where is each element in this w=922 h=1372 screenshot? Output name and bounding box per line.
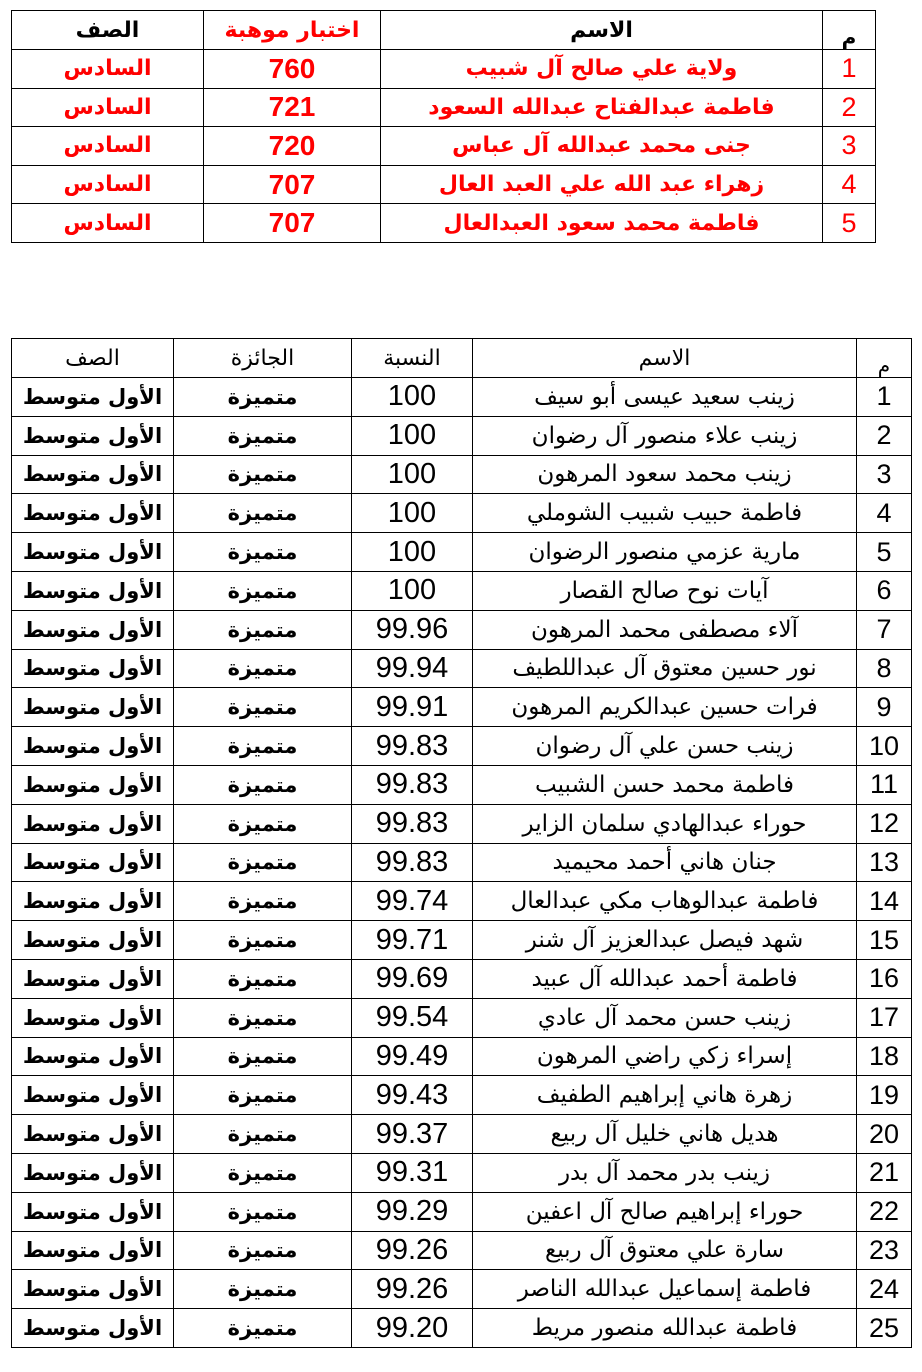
row-name: زينب علاء منصور آل رضوان [473,416,857,455]
header-index: م [857,339,912,378]
row-grade: الأول متوسط [12,1270,174,1309]
header-name: الاسم [473,339,857,378]
row-award: متميزة [174,533,352,572]
row-percent: 99.69 [352,959,473,998]
row-award: متميزة [174,959,352,998]
table-row: 3زينب محمد سعود المرهون100متميزةالأول مت… [12,455,912,494]
row-grade: الأول متوسط [12,494,174,533]
row-award: متميزة [174,416,352,455]
table-row: 2زينب علاء منصور آل رضوان100متميزةالأول … [12,416,912,455]
row-score: 707 [204,204,381,243]
row-grade: الأول متوسط [12,688,174,727]
row-name: فرات حسين عبدالكريم المرهون [473,688,857,727]
row-name: زينب حسن محمد آل عادي [473,998,857,1037]
row-award: متميزة [174,727,352,766]
row-index: 8 [857,649,912,688]
table-row: 5مارية عزمي منصور الرضوان100متميزةالأول … [12,533,912,572]
row-grade: الأول متوسط [12,765,174,804]
table-row: 4فاطمة حبيب شبيب الشوملي100متميزةالأول م… [12,494,912,533]
table-row: 22حوراء إبراهيم صالح آل اعفين99.29متميزة… [12,1192,912,1231]
row-index: 23 [857,1231,912,1270]
row-percent: 100 [352,533,473,572]
header-name: الاسم [381,11,823,50]
table-row: 10زينب حسن علي آل رضوان99.83متميزةالأول … [12,727,912,766]
row-grade: السادس [12,165,204,204]
row-name: فاطمة محمد سعود العبدالعال [381,204,823,243]
row-grade: السادس [12,50,204,89]
row-name: فاطمة عبدالله منصور مريط [473,1309,857,1348]
row-award: متميزة [174,882,352,921]
table-row: 20هديل هاني خليل آل ربيع99.37متميزةالأول… [12,1115,912,1154]
row-name: نور حسين معتوق آل عبداللطيف [473,649,857,688]
row-grade: السادس [12,204,204,243]
header-grade: الصف [12,339,174,378]
table-row: 24فاطمة إسماعيل عبدالله الناصر99.26متميز… [12,1270,912,1309]
row-index: 21 [857,1153,912,1192]
row-percent: 99.31 [352,1153,473,1192]
row-index: 14 [857,882,912,921]
row-name: زهراء عبد الله علي العبد العال [381,165,823,204]
row-grade: الأول متوسط [12,804,174,843]
table-row: 11فاطمة محمد حسن الشبيب99.83متميزةالأول … [12,765,912,804]
row-grade: الأول متوسط [12,1192,174,1231]
table-row: 1 ولاية علي صالح آل شبيب 760 السادس [12,50,876,89]
row-award: متميزة [174,1231,352,1270]
row-grade: الأول متوسط [12,727,174,766]
row-index: 1 [857,378,912,417]
row-award: متميزة [174,998,352,1037]
row-name: زينب بدر محمد آل بدر [473,1153,857,1192]
row-percent: 100 [352,571,473,610]
row-index: 1 [823,50,876,89]
row-percent: 100 [352,416,473,455]
honor-roll-table: م الاسم النسبة الجائزة الصف 1زينب سعيد ع… [11,338,912,1348]
row-index: 4 [823,165,876,204]
row-percent: 99.83 [352,765,473,804]
row-name: حوراء إبراهيم صالح آل اعفين [473,1192,857,1231]
row-index: 12 [857,804,912,843]
row-percent: 99.26 [352,1231,473,1270]
row-index: 3 [857,455,912,494]
row-award: متميزة [174,571,352,610]
row-award: متميزة [174,1192,352,1231]
row-index: 15 [857,921,912,960]
row-award: متميزة [174,1037,352,1076]
row-name: شهد فيصل عبدالعزيز آل شنر [473,921,857,960]
row-name: فاطمة أحمد عبدالله آل عبيد [473,959,857,998]
row-grade: الأول متوسط [12,921,174,960]
row-award: متميزة [174,378,352,417]
row-index: 18 [857,1037,912,1076]
row-percent: 99.49 [352,1037,473,1076]
row-percent: 99.37 [352,1115,473,1154]
honor-table-body: 1زينب سعيد عيسى أبو سيف100متميزةالأول مت… [12,378,912,1348]
row-score: 721 [204,88,381,127]
header-percent: النسبة [352,339,473,378]
row-index: 24 [857,1270,912,1309]
row-grade: السادس [12,88,204,127]
row-name: إسراء زكي راضي المرهون [473,1037,857,1076]
row-index: 16 [857,959,912,998]
table-header-row: م الاسم اختبار موهبة الصف [12,11,876,50]
row-percent: 100 [352,455,473,494]
row-grade: الأول متوسط [12,455,174,494]
row-award: متميزة [174,455,352,494]
row-score: 720 [204,127,381,166]
row-grade: الأول متوسط [12,533,174,572]
row-grade: الأول متوسط [12,416,174,455]
row-percent: 99.91 [352,688,473,727]
row-index: 2 [823,88,876,127]
row-award: متميزة [174,649,352,688]
table-header-row: م الاسم النسبة الجائزة الصف [12,339,912,378]
row-award: متميزة [174,1153,352,1192]
row-index: 5 [857,533,912,572]
row-name: فاطمة محمد حسن الشبيب [473,765,857,804]
row-grade: الأول متوسط [12,610,174,649]
table-row: 21زينب بدر محمد آل بدر99.31متميزةالأول م… [12,1153,912,1192]
row-grade: الأول متوسط [12,843,174,882]
row-name: جنى محمد عبدالله آل عباس [381,127,823,166]
row-name: فاطمة عبدالوهاب مكي عبدالعال [473,882,857,921]
row-index: 22 [857,1192,912,1231]
row-index: 5 [823,204,876,243]
row-name: فاطمة إسماعيل عبدالله الناصر [473,1270,857,1309]
row-name: آلاء مصطفى محمد المرهون [473,610,857,649]
header-award: الجائزة [174,339,352,378]
row-index: 9 [857,688,912,727]
row-award: متميزة [174,1115,352,1154]
row-percent: 99.83 [352,727,473,766]
row-award: متميزة [174,765,352,804]
row-grade: الأول متوسط [12,1037,174,1076]
row-index: 20 [857,1115,912,1154]
row-percent: 99.83 [352,843,473,882]
row-name: زهرة هاني إبراهيم الطفيف [473,1076,857,1115]
row-score: 707 [204,165,381,204]
row-award: متميزة [174,688,352,727]
row-grade: الأول متوسط [12,1231,174,1270]
row-award: متميزة [174,921,352,960]
row-name: زينب حسن علي آل رضوان [473,727,857,766]
row-index: 4 [857,494,912,533]
row-percent: 99.96 [352,610,473,649]
row-percent: 99.74 [352,882,473,921]
row-award: متميزة [174,804,352,843]
row-percent: 99.20 [352,1309,473,1348]
table-row: 25فاطمة عبدالله منصور مريط99.20متميزةالأ… [12,1309,912,1348]
row-name: مارية عزمي منصور الرضوان [473,533,857,572]
row-name: زينب محمد سعود المرهون [473,455,857,494]
row-index: 3 [823,127,876,166]
row-percent: 99.43 [352,1076,473,1115]
row-grade: الأول متوسط [12,998,174,1037]
row-grade: الأول متوسط [12,1076,174,1115]
table-row: 4 زهراء عبد الله علي العبد العال 707 الس… [12,165,876,204]
row-index: 19 [857,1076,912,1115]
row-index: 25 [857,1309,912,1348]
row-grade: الأول متوسط [12,1115,174,1154]
header-grade: الصف [12,11,204,50]
row-award: متميزة [174,494,352,533]
row-name: آيات نوح صالح القصار [473,571,857,610]
header-index: م [823,11,876,50]
row-award: متميزة [174,1270,352,1309]
table-row: 19زهرة هاني إبراهيم الطفيف99.43متميزةالأ… [12,1076,912,1115]
table-row: 12حوراء عبدالهادي سلمان الزاير99.83متميز… [12,804,912,843]
table-row: 5 فاطمة محمد سعود العبدالعال 707 السادس [12,204,876,243]
table-row: 17زينب حسن محمد آل عادي99.54متميزةالأول … [12,998,912,1037]
row-percent: 99.29 [352,1192,473,1231]
row-percent: 100 [352,378,473,417]
row-percent: 99.71 [352,921,473,960]
row-index: 11 [857,765,912,804]
row-award: متميزة [174,843,352,882]
row-name: فاطمة حبيب شبيب الشوملي [473,494,857,533]
row-index: 2 [857,416,912,455]
row-percent: 100 [352,494,473,533]
row-name: جنان هاني أحمد محيميد [473,843,857,882]
row-percent: 99.94 [352,649,473,688]
table-row: 9فرات حسين عبدالكريم المرهون99.91متميزةا… [12,688,912,727]
row-name: حوراء عبدالهادي سلمان الزاير [473,804,857,843]
row-award: متميزة [174,1076,352,1115]
header-talent-score: اختبار موهبة [204,11,381,50]
row-index: 17 [857,998,912,1037]
row-score: 760 [204,50,381,89]
row-name: هديل هاني خليل آل ربيع [473,1115,857,1154]
table-row: 16فاطمة أحمد عبدالله آل عبيد99.69متميزةا… [12,959,912,998]
row-grade: الأول متوسط [12,959,174,998]
table-row: 2 فاطمة عبدالفتاح عبدالله السعود 721 الس… [12,88,876,127]
table-row: 15شهد فيصل عبدالعزيز آل شنر99.71متميزةال… [12,921,912,960]
row-name: زينب سعيد عيسى أبو سيف [473,378,857,417]
row-name: ولاية علي صالح آل شبيب [381,50,823,89]
table-row: 23سارة علي معتوق آل ربيع99.26متميزةالأول… [12,1231,912,1270]
row-name: سارة علي معتوق آل ربيع [473,1231,857,1270]
table-row: 18إسراء زكي راضي المرهون99.49متميزةالأول… [12,1037,912,1076]
table-row: 6آيات نوح صالح القصار100متميزةالأول متوس… [12,571,912,610]
row-index: 6 [857,571,912,610]
row-index: 7 [857,610,912,649]
row-percent: 99.83 [352,804,473,843]
table-row: 8نور حسين معتوق آل عبداللطيف99.94متميزةا… [12,649,912,688]
row-grade: السادس [12,127,204,166]
row-index: 13 [857,843,912,882]
row-index: 10 [857,727,912,766]
row-grade: الأول متوسط [12,571,174,610]
table-row: 7آلاء مصطفى محمد المرهون99.96متميزةالأول… [12,610,912,649]
row-grade: الأول متوسط [12,882,174,921]
row-percent: 99.54 [352,998,473,1037]
row-grade: الأول متوسط [12,649,174,688]
table-row: 3 جنى محمد عبدالله آل عباس 720 السادس [12,127,876,166]
table-row: 14فاطمة عبدالوهاب مكي عبدالعال99.74متميز… [12,882,912,921]
row-award: متميزة [174,610,352,649]
row-grade: الأول متوسط [12,1309,174,1348]
table-row: 13جنان هاني أحمد محيميد99.83متميزةالأول … [12,843,912,882]
row-award: متميزة [174,1309,352,1348]
row-grade: الأول متوسط [12,1153,174,1192]
talent-test-table: م الاسم اختبار موهبة الصف 1 ولاية علي صا… [11,10,876,243]
row-percent: 99.26 [352,1270,473,1309]
row-grade: الأول متوسط [12,378,174,417]
row-name: فاطمة عبدالفتاح عبدالله السعود [381,88,823,127]
table-row: 1زينب سعيد عيسى أبو سيف100متميزةالأول مت… [12,378,912,417]
